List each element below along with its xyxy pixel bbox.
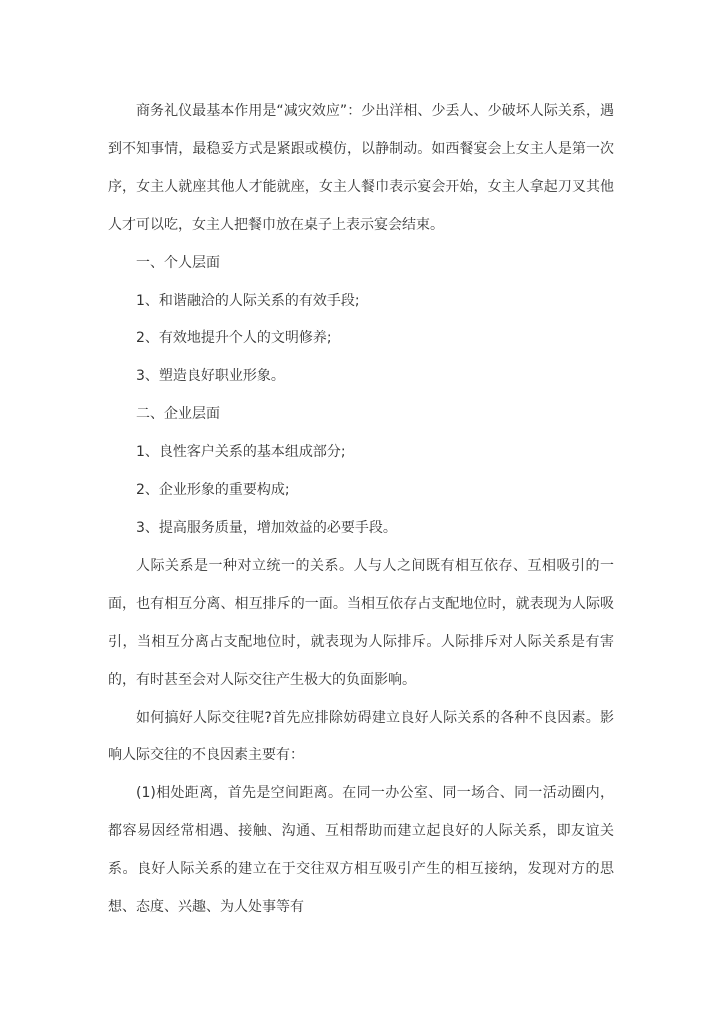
paragraph-how-to-communicate: 如何搞好人际交往呢?首先应排除妨碍建立良好人际关系的各种不良因素。影响人际交往的… [108,700,614,776]
list-item-personal-2: 2、有效地提升个人的文明修养; [108,320,614,358]
list-item-personal-3: 3、塑造良好职业形象。 [108,358,614,396]
list-item-enterprise-3: 3、提高服务质量，增加效益的必要手段。 [108,510,614,548]
list-item-personal-1: 1、和谐融洽的人际关系的有效手段; [108,283,614,321]
heading-enterprise-level: 二、企业层面 [108,396,614,434]
paragraph-distance-factor: (1)相处距离，首先是空间距离。在同一办公室、同一场合、同一活动圈内，都容易因经… [108,775,614,927]
heading-personal-level: 一、个人层面 [108,245,614,283]
document-page: 商务礼仪最基本作用是“减灾效应”：少出洋相、少丢人、少破坏人际关系，遇到不知事情… [108,93,614,927]
paragraph-etiquette-effect: 商务礼仪最基本作用是“减灾效应”：少出洋相、少丢人、少破坏人际关系，遇到不知事情… [108,93,614,245]
paragraph-interpersonal-relations: 人际关系是一种对立统一的关系。人与人之间既有相互依存、互相吸引的一面，也有相互分… [108,548,614,700]
list-item-enterprise-1: 1、良性客户关系的基本组成部分; [108,434,614,472]
list-item-enterprise-2: 2、企业形象的重要构成; [108,472,614,510]
